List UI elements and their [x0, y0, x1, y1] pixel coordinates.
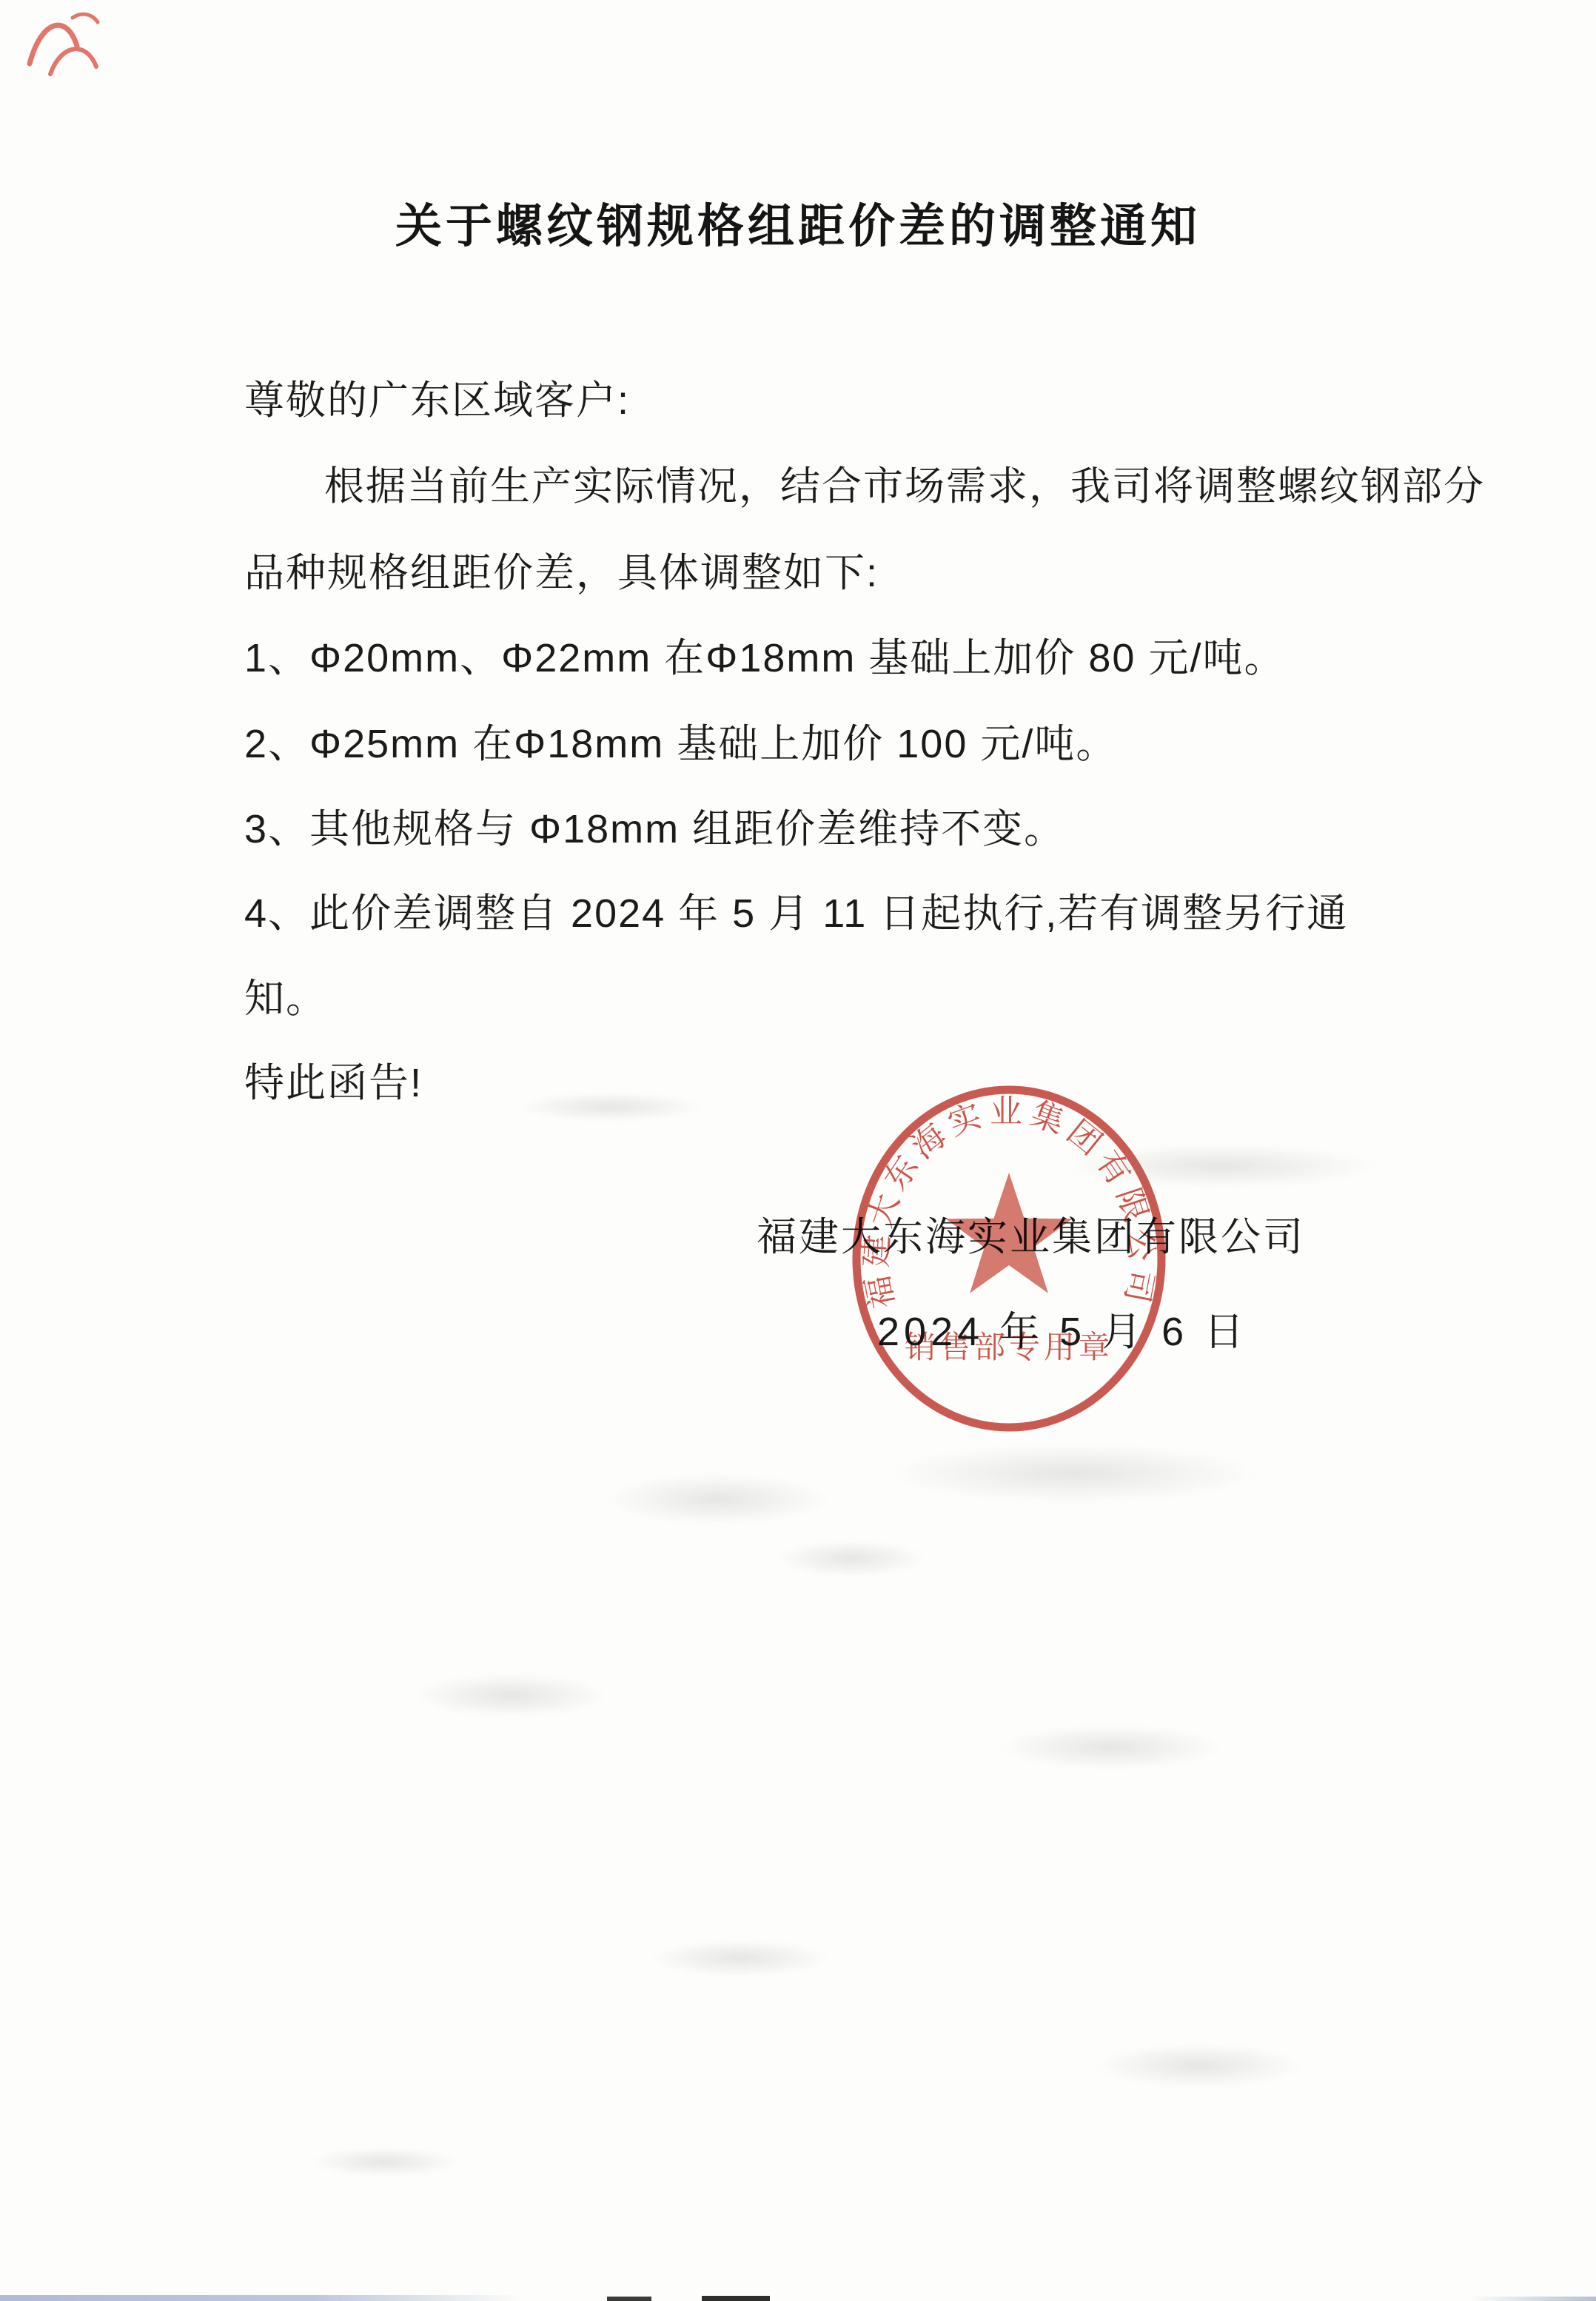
- scan-smudge: [999, 1725, 1221, 1769]
- salutation: 尊敬的广东区域客户:: [244, 369, 630, 426]
- seal-bottom-text: 销售部专用章: [905, 1330, 1113, 1364]
- scan-smudge: [888, 1444, 1258, 1503]
- company-seal-stamp: 福建大东海实业集团有限公司 销售部专用章: [844, 1082, 1174, 1438]
- scan-edge-artifact: [607, 2297, 651, 2301]
- scan-smudge: [518, 1092, 703, 1122]
- intro-line-1: 根据当前生产实际情况，结合市场需求，我司将调整螺纹钢部分: [324, 455, 1485, 512]
- scan-smudge: [1066, 1144, 1377, 1188]
- scan-smudge: [607, 1473, 829, 1525]
- page-title: 关于螺纹钢规格组距价差的调整通知: [0, 189, 1596, 256]
- scan-edge-artifact: [1470, 2297, 1596, 2301]
- list-item-1: 1、Φ20mm、Φ22mm 在Φ18mm 基础上加价 80 元/吨。: [244, 626, 1285, 683]
- scan-edge-artifact: [0, 2295, 522, 2301]
- scan-smudge: [777, 1540, 925, 1577]
- list-item-2: 2、Φ25mm 在Φ18mm 基础上加价 100 元/吨。: [244, 712, 1117, 769]
- scan-smudge: [311, 2147, 459, 2177]
- list-item-4-wrap: 知。: [244, 967, 327, 1024]
- red-pen-scribble: [21, 3, 117, 92]
- list-item-3: 3、其他规格与 Φ18mm 组距价差维持不变。: [244, 797, 1065, 854]
- seal-star-icon: [945, 1173, 1072, 1293]
- intro-line-2: 品种规格组距价差，具体调整如下:: [244, 541, 879, 598]
- scan-smudge: [1096, 2043, 1303, 2088]
- scan-smudge: [415, 1673, 607, 1718]
- scan-edge-artifact: [702, 2296, 770, 2301]
- scan-smudge: [651, 1940, 829, 1977]
- list-item-4: 4、此价差调整自 2024 年 5 月 11 日起执行,若有调整另行通: [244, 882, 1348, 939]
- document-page: 关于螺纹钢规格组距价差的调整通知 尊敬的广东区域客户: 根据当前生产实际情况，结…: [0, 0, 1596, 2301]
- closing-phrase: 特此函告!: [244, 1051, 423, 1108]
